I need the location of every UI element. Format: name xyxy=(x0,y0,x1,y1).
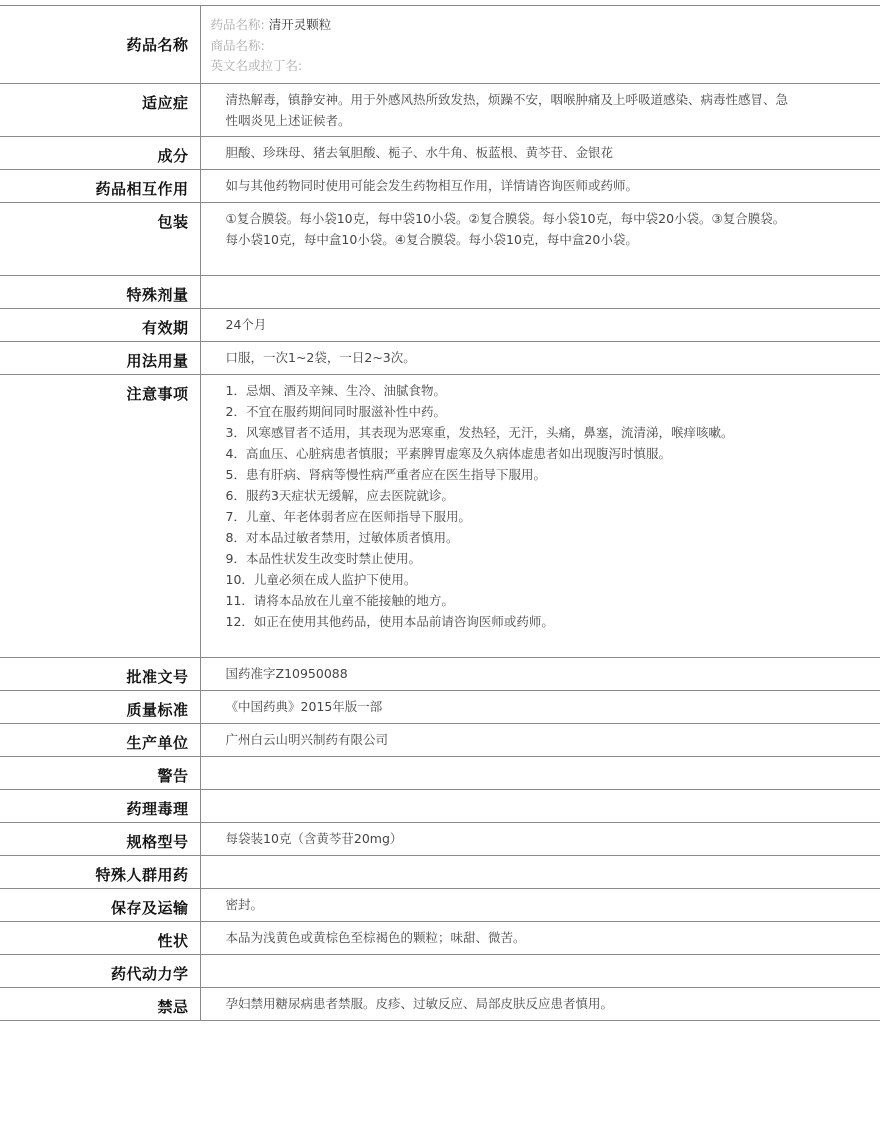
precaution-item: 9．本品性状发生改变时禁止使用。 xyxy=(226,548,791,569)
row-key: 禁忌 xyxy=(0,988,200,1021)
row-quality-standard: 质量标准 《中国药典》2015年版一部 xyxy=(0,691,880,724)
row-warning: 警告 xyxy=(0,757,880,790)
precaution-item: 7．儿童、年老体弱者应在医师指导下服用。 xyxy=(226,506,791,527)
row-key: 性状 xyxy=(0,922,200,955)
row-appearance: 性状 本品为浅黄色或黄棕色至棕褐色的颗粒；味甜、微苦。 xyxy=(0,922,880,955)
row-key: 特殊剂量 xyxy=(0,276,200,309)
row-key: 特殊人群用药 xyxy=(0,856,200,889)
row-value xyxy=(200,856,880,889)
row-packaging: 包装 ①复合膜袋。每小袋10克，每中袋10小袋。②复合膜袋。每小袋10克，每中袋… xyxy=(0,203,880,276)
precautions-cell: 1．忌烟、酒及辛辣、生冷、油腻食物。 2．不宜在服药期间同时服滋补性中药。 3．… xyxy=(200,375,880,658)
row-ingredients: 成分 胆酸、珍珠母、猪去氧胆酸、栀子、水牛角、板蓝根、黄芩苷、金银花 xyxy=(0,137,880,170)
row-key: 质量标准 xyxy=(0,691,200,724)
row-drug-name: 药品名称 药品名称: 清开灵颗粒 商品名称: 英文名或拉丁名: xyxy=(0,6,880,84)
precaution-item: 4．高血压、心脏病患者慎服；平素脾胃虚寒及久病体虚患者如出现腹泻时慎服。 xyxy=(226,443,791,464)
row-indications: 适应症 清热解毒，镇静安神。用于外感风热所致发热，烦躁不安，咽喉肿痛及上呼吸道感… xyxy=(0,84,880,137)
precaution-item: 5．患有肝病、肾病等慢性病严重者应在医生指导下服用。 xyxy=(226,464,791,485)
drug-spec-page: 药品名称 药品名称: 清开灵颗粒 商品名称: 英文名或拉丁名: xyxy=(0,0,880,1021)
row-interactions: 药品相互作用 如与其他药物同时使用可能会发生药物相互作用，详情请咨询医师或药师。 xyxy=(0,170,880,203)
precaution-item: 2．不宜在服药期间同时服滋补性中药。 xyxy=(226,401,791,422)
trade-name-label: 商品名称: xyxy=(211,38,265,53)
row-precautions: 注意事项 1．忌烟、酒及辛辣、生冷、油腻食物。 2．不宜在服药期间同时服滋补性中… xyxy=(0,375,880,658)
row-key: 药代动力学 xyxy=(0,955,200,988)
row-key: 批准文号 xyxy=(0,658,200,691)
precautions-list: 1．忌烟、酒及辛辣、生冷、油腻食物。 2．不宜在服药期间同时服滋补性中药。 3．… xyxy=(226,380,791,632)
row-key: 药品名称 xyxy=(0,6,200,84)
generic-name-label: 药品名称: xyxy=(211,17,265,32)
row-key: 有效期 xyxy=(0,309,200,342)
precaution-item: 11．请将本品放在儿童不能接触的地方。 xyxy=(226,590,791,611)
row-value: 《中国药典》2015年版一部 xyxy=(200,691,880,724)
row-manufacturer: 生产单位 广州白云山明兴制药有限公司 xyxy=(0,724,880,757)
trade-name-line: 商品名称: xyxy=(211,36,791,57)
precaution-item: 12．如正在使用其他药品，使用本品前请咨询医师或药师。 xyxy=(226,611,791,632)
row-key: 用法用量 xyxy=(0,342,200,375)
english-name-label: 英文名或拉丁名: xyxy=(211,58,303,73)
precaution-item: 1．忌烟、酒及辛辣、生冷、油腻食物。 xyxy=(226,380,791,401)
row-value: 24个月 xyxy=(200,309,880,342)
drug-name-cell: 药品名称: 清开灵颗粒 商品名称: 英文名或拉丁名: xyxy=(200,6,880,84)
row-key: 生产单位 xyxy=(0,724,200,757)
row-value: 胆酸、珍珠母、猪去氧胆酸、栀子、水牛角、板蓝根、黄芩苷、金银花 xyxy=(200,137,880,170)
english-name-line: 英文名或拉丁名: xyxy=(211,56,791,77)
row-value xyxy=(200,955,880,988)
row-key: 药品相互作用 xyxy=(0,170,200,203)
row-pharmacokinetics: 药代动力学 xyxy=(0,955,880,988)
row-value: 本品为浅黄色或黄棕色至棕褐色的颗粒；味甜、微苦。 xyxy=(200,922,880,955)
row-value: 每袋装10克（含黄芩苷20mg） xyxy=(200,823,880,856)
row-contraindications: 禁忌 孕妇禁用糖尿病患者禁服。皮疹、过敏反应、局部皮肤反应患者慎用。 xyxy=(0,988,880,1021)
row-special-population: 特殊人群用药 xyxy=(0,856,880,889)
precaution-item: 8．对本品过敏者禁用，过敏体质者慎用。 xyxy=(226,527,791,548)
row-special-dosage: 特殊剂量 xyxy=(0,276,880,309)
generic-name-line: 药品名称: 清开灵颗粒 xyxy=(211,15,791,36)
row-key: 注意事项 xyxy=(0,375,200,658)
precaution-item: 10．儿童必须在成人监护下使用。 xyxy=(226,569,791,590)
row-value: 密封。 xyxy=(200,889,880,922)
row-value: ①复合膜袋。每小袋10克，每中袋10小袋。②复合膜袋。每小袋10克，每中袋20小… xyxy=(200,203,880,276)
row-shelf-life: 有效期 24个月 xyxy=(0,309,880,342)
row-storage: 保存及运输 密封。 xyxy=(0,889,880,922)
row-pharmacology: 药理毒理 xyxy=(0,790,880,823)
row-value: 如与其他药物同时使用可能会发生药物相互作用，详情请咨询医师或药师。 xyxy=(200,170,880,203)
row-value xyxy=(200,757,880,790)
row-value: 国药准字Z10950088 xyxy=(200,658,880,691)
precaution-item: 3．风寒感冒者不适用，其表现为恶寒重，发热轻，无汗，头痛，鼻塞，流清涕，喉痒咳嗽… xyxy=(226,422,791,443)
row-key: 保存及运输 xyxy=(0,889,200,922)
row-key: 成分 xyxy=(0,137,200,170)
row-value: 口服，一次1~2袋，一日2~3次。 xyxy=(200,342,880,375)
row-key: 警告 xyxy=(0,757,200,790)
precaution-item: 6．服药3天症状无缓解，应去医院就诊。 xyxy=(226,485,791,506)
row-value xyxy=(200,276,880,309)
row-value: 孕妇禁用糖尿病患者禁服。皮疹、过敏反应、局部皮肤反应患者慎用。 xyxy=(200,988,880,1021)
row-specification: 规格型号 每袋装10克（含黄芩苷20mg） xyxy=(0,823,880,856)
row-key: 包装 xyxy=(0,203,200,276)
row-value: 广州白云山明兴制药有限公司 xyxy=(200,724,880,757)
drug-spec-table: 药品名称 药品名称: 清开灵颗粒 商品名称: 英文名或拉丁名: xyxy=(0,5,880,1021)
row-key: 规格型号 xyxy=(0,823,200,856)
generic-name-value: 清开灵颗粒 xyxy=(269,17,332,32)
row-value xyxy=(200,790,880,823)
row-approval-number: 批准文号 国药准字Z10950088 xyxy=(0,658,880,691)
row-key: 适应症 xyxy=(0,84,200,137)
row-dosage: 用法用量 口服，一次1~2袋，一日2~3次。 xyxy=(0,342,880,375)
row-key: 药理毒理 xyxy=(0,790,200,823)
row-value: 清热解毒，镇静安神。用于外感风热所致发热，烦躁不安，咽喉肿痛及上呼吸道感染、病毒… xyxy=(200,84,880,137)
